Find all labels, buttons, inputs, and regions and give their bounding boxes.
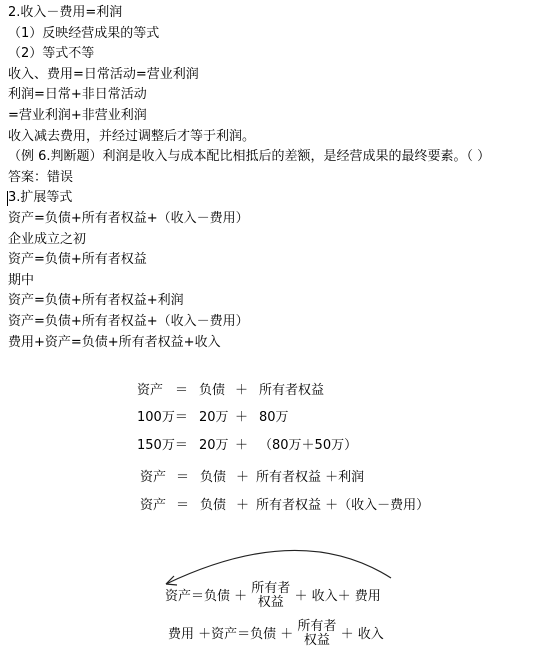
moved-equation-2: 费用 ＋资产＝负债 ＋ 所有者 权益 ＋ 收入 xyxy=(168,620,384,648)
moved-equation-1: 资产＝负债 ＋ 所有者 权益 ＋ 收入＋ 费用 xyxy=(165,582,381,610)
equity-fraction: 所有者 权益 xyxy=(297,620,336,648)
equity-fraction: 所有者 权益 xyxy=(251,582,290,610)
curved-arrow-icon xyxy=(0,0,539,656)
frac-top: 所有者 xyxy=(297,620,336,634)
move2-right: ＋ 收入 xyxy=(341,623,384,642)
move2-left: 费用 ＋资产＝负债 ＋ xyxy=(168,623,293,642)
frac-bottom: 权益 xyxy=(251,596,290,610)
move1-left: 资产＝负债 ＋ xyxy=(165,585,247,604)
frac-top: 所有者 xyxy=(251,582,290,596)
move1-right: ＋ 收入＋ 费用 xyxy=(294,585,380,604)
frac-bottom: 权益 xyxy=(297,634,336,648)
